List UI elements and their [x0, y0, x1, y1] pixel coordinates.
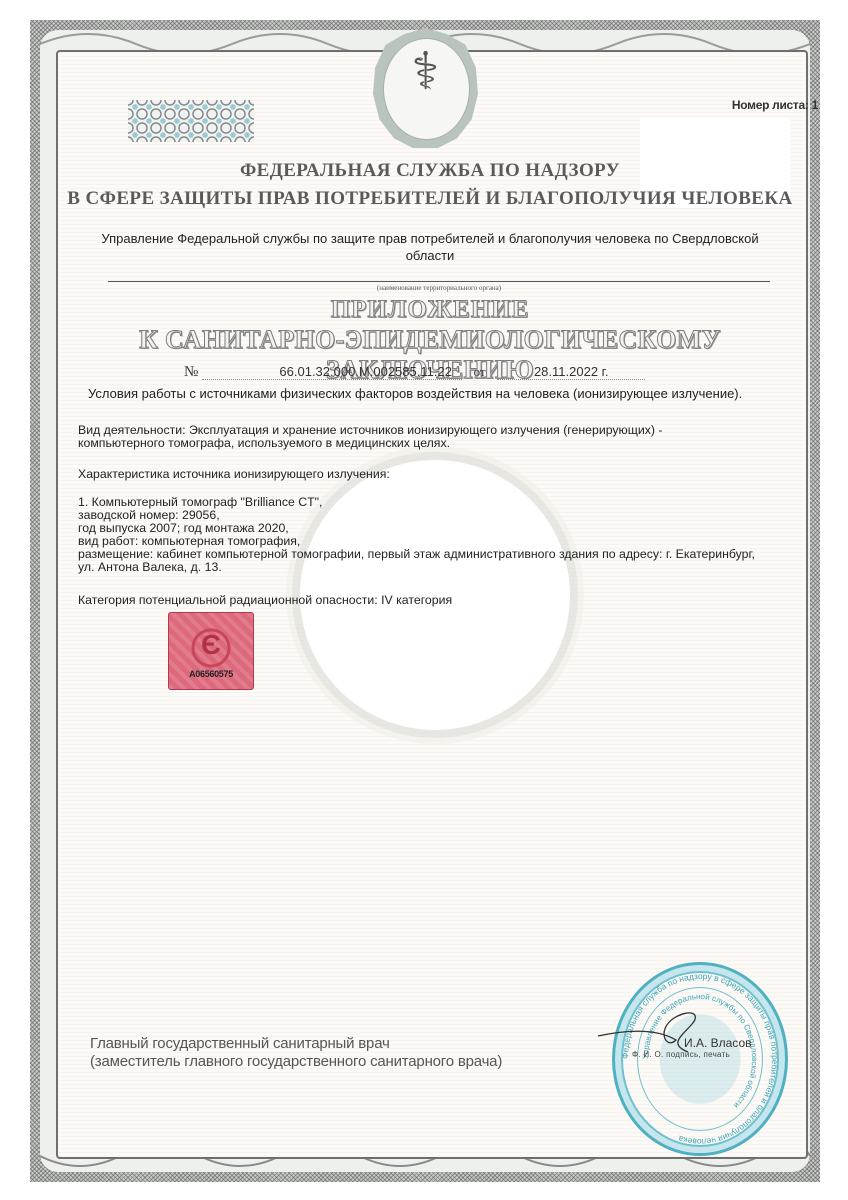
- territorial-body-underline: [108, 281, 770, 282]
- radiation-category: Категория потенциальной радиационной опа…: [78, 594, 808, 607]
- signer-caption: Ф. И. О. подпись, печать: [632, 1050, 730, 1059]
- document-title-line1: ПРИЛОЖЕНИЕ: [56, 296, 804, 324]
- signer-position-line1: Главный государственный санитарный врач: [90, 1035, 502, 1053]
- territorial-body-name: Управление Федеральной службы по защите …: [90, 230, 770, 264]
- hologram-emblem-icon: Є: [169, 629, 253, 661]
- agency-title-line2: В СФЕРЕ ЗАЩИТЫ ПРАВ ПОТРЕБИТЕЛЕЙ И БЛАГО…: [56, 188, 804, 210]
- number-sign: №: [184, 364, 198, 380]
- registration-date: 28.11.2022 г.: [497, 364, 645, 380]
- registration-number: 66.01.32.000.М.002585.11.22: [202, 364, 462, 380]
- signer-position: Главный государственный санитарный врач …: [90, 1035, 502, 1071]
- double-headed-eagle-icon: ⚕: [373, 46, 478, 98]
- security-pattern: [128, 100, 254, 142]
- hologram-sticker: Є А06560575: [168, 612, 254, 690]
- source-heading: Характеристика источника ионизирующего и…: [78, 468, 808, 481]
- hologram-code: А06560575: [169, 669, 253, 679]
- signer-position-line2: (заместитель главного государственного с…: [90, 1053, 502, 1071]
- signer-name: И.А. Власов: [684, 1036, 752, 1050]
- state-emblem: ⚕: [373, 28, 478, 148]
- sheet-number: Номер листа: 1: [732, 98, 818, 112]
- source-item: 1. Компьютерный томограф "Brilliance CT"…: [78, 496, 808, 574]
- source-item-line: ул. Антона Валека, д. 13.: [78, 561, 808, 574]
- activity-line: компьютерного томографа, используемого в…: [78, 437, 808, 450]
- registration-row: № 66.01.32.000.М.002585.11.22 от 28.11.2…: [184, 364, 645, 381]
- territorial-body-caption: (наименование территориального органа): [108, 284, 770, 292]
- work-conditions: Условия работы с источниками физических …: [88, 386, 742, 401]
- activity-type: Вид деятельности: Эксплуатация и хранени…: [78, 424, 808, 450]
- agency-title-line1: ФЕДЕРАЛЬНАЯ СЛУЖБА ПО НАДЗОРУ: [56, 160, 804, 182]
- from-label: от: [474, 364, 486, 379]
